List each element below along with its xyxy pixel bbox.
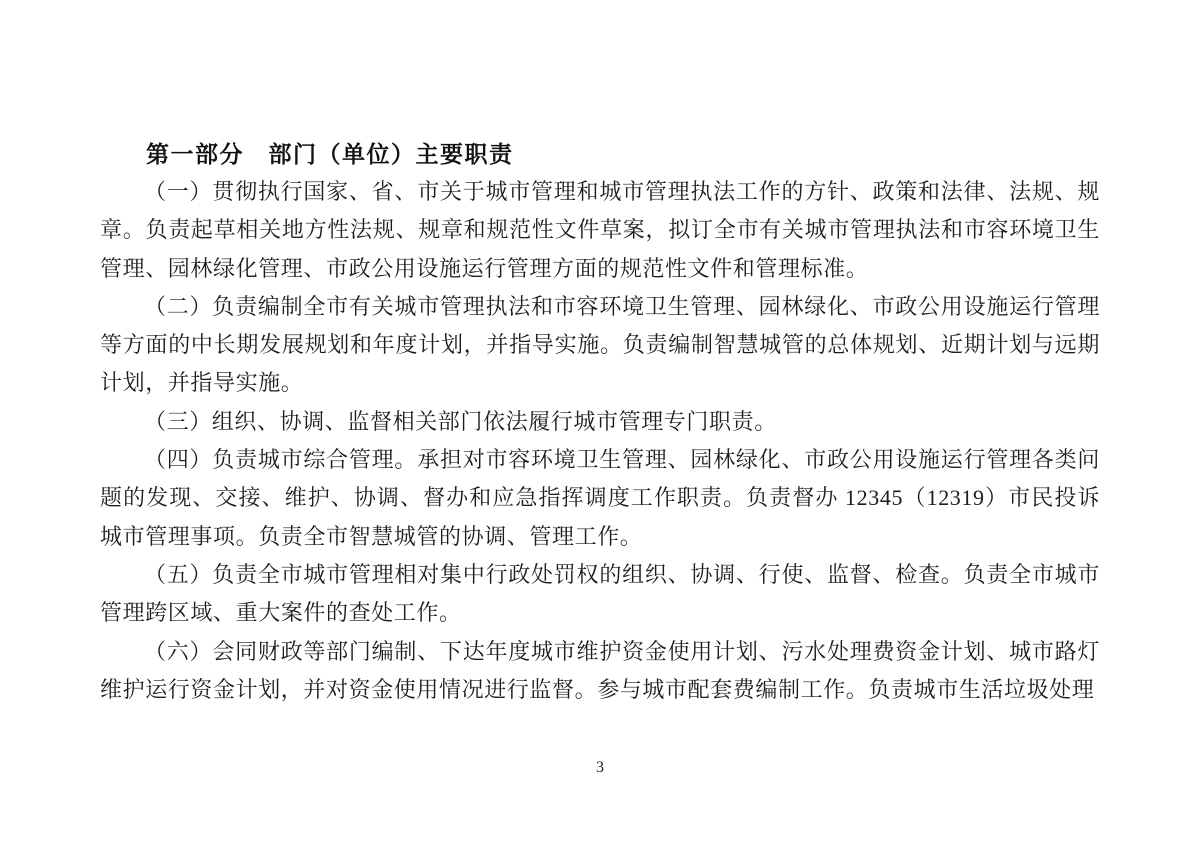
- paragraph-2: （二）负责编制全市有关城市管理执法和市容环境卫生管理、园林绿化、市政公用设施运行…: [100, 288, 1100, 403]
- paragraph-5: （五）负责全市城市管理相对集中行政处罚权的组织、协调、行使、监督、检查。负责全市…: [100, 556, 1100, 633]
- paragraph-3: （三）组织、协调、监督相关部门依法履行城市管理专门职责。: [100, 403, 1100, 441]
- page-number: 3: [0, 758, 1200, 778]
- paragraph-1: （一）贯彻执行国家、省、市关于城市管理和城市管理执法工作的方针、政策和法律、法规…: [100, 173, 1100, 288]
- document-page: 第一部分 部门（单位）主要职责 （一）贯彻执行国家、省、市关于城市管理和城市管理…: [0, 0, 1200, 848]
- section-title: 第一部分 部门（单位）主要职责: [100, 135, 1100, 173]
- paragraph-4: （四）负责城市综合管理。承担对市容环境卫生管理、园林绿化、市政公用设施运行管理各…: [100, 441, 1100, 556]
- paragraph-6: （六）会同财政等部门编制、下达年度城市维护资金使用计划、污水处理费资金计划、城市…: [100, 633, 1100, 710]
- document-body: 第一部分 部门（单位）主要职责 （一）贯彻执行国家、省、市关于城市管理和城市管理…: [100, 135, 1100, 709]
